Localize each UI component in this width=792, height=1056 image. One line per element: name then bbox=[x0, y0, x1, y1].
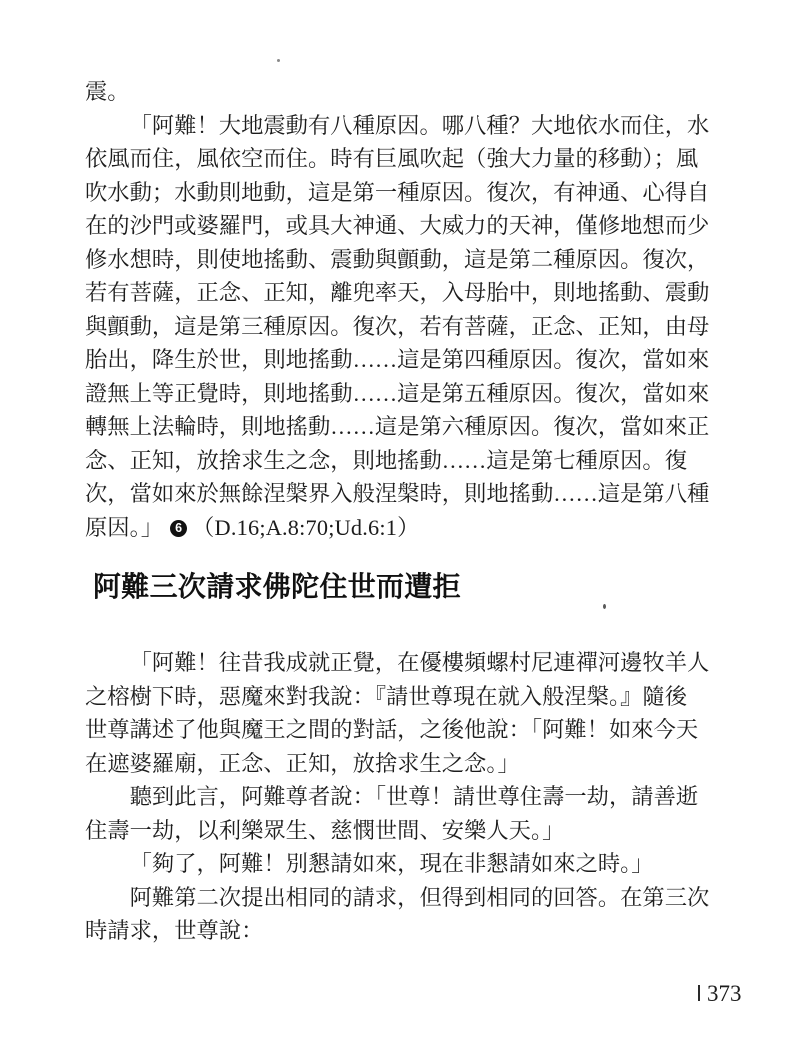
footnote-marker: 6 bbox=[170, 520, 187, 537]
paragraph-earthquake-causes: 震。 「阿難！大地震動有八種原因。哪八種？大地依水而住，水 依風而住，風依空而住… bbox=[85, 75, 725, 544]
paragraph-closing-text: 原因。」 bbox=[85, 515, 163, 540]
text-line: 住壽一劫，以利樂眾生、慈憫世間、安樂人天。」 bbox=[85, 814, 725, 848]
text-line: 念、正知，放捨求生之念，則地搖動……這是第七種原因。復 bbox=[85, 444, 725, 478]
text-line: 胎出，降生於世，則地搖動……這是第四種原因。復次，當如來 bbox=[85, 343, 725, 377]
text-line: 世尊講述了他與魔王之間的對話，之後他說：「阿難！如來今天 bbox=[85, 713, 725, 747]
sutta-citation: （D.16;A.8:70;Ud.6:1） bbox=[192, 515, 420, 540]
text-line: 若有菩薩，正念、正知，離兜率天，入母胎中，則地搖動、震動 bbox=[85, 276, 725, 310]
section-heading: 阿難三次請求佛陀住世而遭拒 bbox=[93, 570, 461, 606]
text-line: 「夠了，阿難！別懇請如來，現在非懇請如來之時。」 bbox=[85, 847, 725, 881]
page-number: 373 bbox=[707, 980, 742, 1007]
footer-divider bbox=[698, 985, 700, 1001]
text-line: 轉無上法輪時，則地搖動……這是第六種原因。復次，當如來正 bbox=[85, 410, 725, 444]
text-line: 阿難第二次提出相同的請求，但得到相同的回答。在第三次 bbox=[85, 881, 725, 915]
text-line: 次，當如來於無餘涅槃界入般涅槃時，則地搖動……這是第八種 bbox=[85, 477, 725, 511]
text-line: 聽到此言，阿難尊者說：「世尊！請世尊住壽一劫，請善逝 bbox=[85, 780, 725, 814]
text-line: 在遮婆羅廟，正念、正知，放捨求生之念。」 bbox=[85, 747, 725, 781]
text-line: 「阿難！大地震動有八種原因。哪八種？大地依水而住，水 bbox=[85, 109, 725, 143]
text-line: 證無上等正覺時，則地搖動……這是第五種原因。復次，當如來 bbox=[85, 377, 725, 411]
text-line: 在的沙門或婆羅門，或具大神通、大威力的天神，僅修地想而少 bbox=[85, 209, 725, 243]
text-line: 「阿難！往昔我成就正覺，在優樓頻螺村尼連禪河邊牧羊人 bbox=[85, 646, 725, 680]
text-line: 與顫動，這是第三種原因。復次，若有菩薩，正念、正知，由母 bbox=[85, 310, 725, 344]
book-page: 震。 「阿難！大地震動有八種原因。哪八種？大地依水而住，水 依風而住，風依空而住… bbox=[0, 0, 792, 1056]
text-line: 震。 bbox=[85, 75, 725, 109]
text-line: 吹水動；水動則地動，這是第一種原因。復次，有神通、心得自 bbox=[85, 176, 725, 210]
scan-speck bbox=[277, 59, 280, 62]
paragraph-three-requests: 「阿難！往昔我成就正覺，在優樓頻螺村尼連禪河邊牧羊人 之榕樹下時，惡魔來對我說：… bbox=[85, 646, 725, 948]
text-line: 時請求，世尊說： bbox=[85, 914, 725, 948]
text-line: 修水想時，則使地搖動、震動與顫動，這是第二種原因。復次， bbox=[85, 243, 725, 277]
page-footer: 373 bbox=[698, 980, 742, 1007]
text-line: 依風而住，風依空而住。時有巨風吹起（強大力量的移動）；風 bbox=[85, 142, 725, 176]
scan-speck bbox=[603, 604, 606, 609]
text-line-with-citation: 原因。」6（D.16;A.8:70;Ud.6:1） bbox=[85, 511, 725, 545]
text-line: 之榕樹下時，惡魔來對我說：『請世尊現在就入般涅槃。』隨後 bbox=[85, 680, 725, 714]
